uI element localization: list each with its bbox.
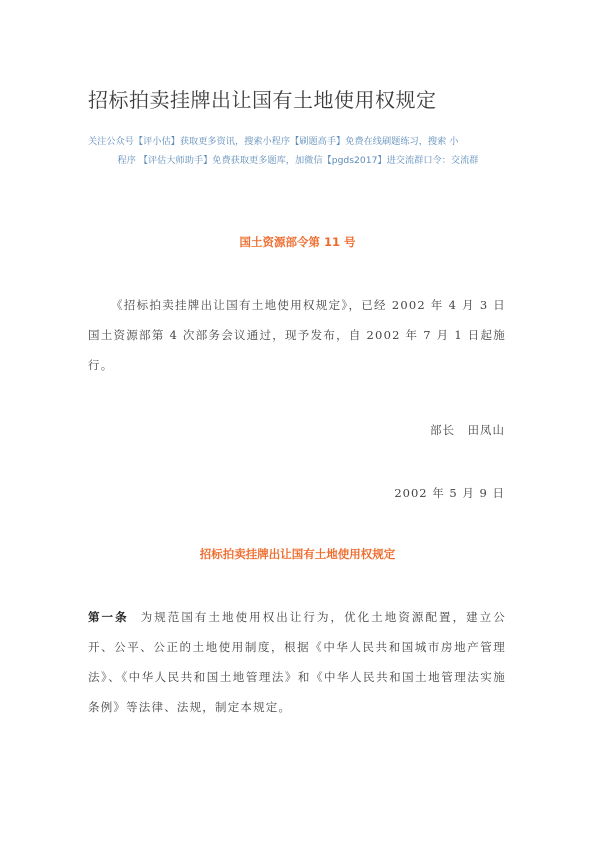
promo-line-2: 程序 【评估大师助手】免费获取更多题库，加微信【pgds2017】进交流群口令：… bbox=[118, 155, 479, 166]
document-title: 招标拍卖挂牌出让国有土地使用权规定 bbox=[88, 84, 437, 113]
article-1-text: 为规范国有土地使用权出让行为，优化土地资源配置，建立公开、公平、公正的土地使用制… bbox=[88, 610, 506, 714]
signature-line: 部长 田凤山 bbox=[430, 422, 505, 438]
promo-line-1: 关注公众号【评小估】获取更多资讯，搜索小程序【刷题高手】免费在线刷题练习，搜索 … bbox=[88, 132, 508, 151]
article-1-label: 第一条 bbox=[88, 610, 129, 624]
issue-date: 2002 年 5 月 9 日 bbox=[394, 485, 505, 501]
article-1-paragraph: 第一条为规范国有土地使用权出让行为，优化土地资源配置，建立公开、公平、公正的土地… bbox=[88, 602, 506, 722]
promo-notice: 关注公众号【评小估】获取更多资讯，搜索小程序【刷题高手】免费在线刷题练习，搜索 … bbox=[88, 132, 508, 170]
regulation-heading: 招标拍卖挂牌出让国有土地使用权规定 bbox=[0, 546, 595, 562]
order-number-heading: 国土资源部令第 11 号 bbox=[0, 234, 595, 250]
preamble-paragraph: 《招标拍卖挂牌出让国有土地使用权规定》，已经 2002 年 4 月 3 日国土资… bbox=[88, 290, 506, 380]
